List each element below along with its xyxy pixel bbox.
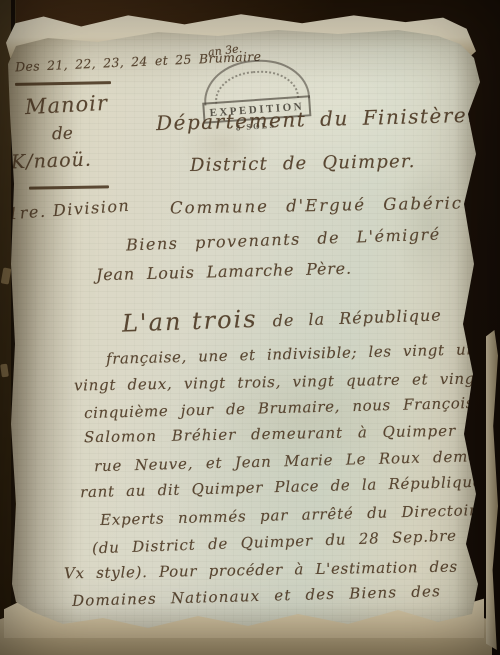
manuscript-page: Des 21, 22, 23, 24 et 25 Brumaire an 3e.… <box>8 24 480 634</box>
subject-line-2: Jean Louis Lamarche Père. <box>96 259 352 285</box>
body-line: rue Neuve, et Jean Marie Le Roux demeu- <box>94 447 495 475</box>
margin-manor-line3: K/naoü. <box>11 149 93 174</box>
margin-underline <box>29 185 109 189</box>
body-line: rant au dit Quimper Place de la Républiq… <box>80 473 483 502</box>
manuscript-photo: Des 21, 22, 23, 24 et 25 Brumaire an 3e.… <box>0 0 500 655</box>
body-opening-rest: de la République <box>272 305 442 330</box>
margin-manor-line2: de <box>52 124 74 145</box>
body-line: Experts nommés par arrêté du Directoire <box>100 501 487 529</box>
body-line: cinquième jour de Brumaire, nous Françoi… <box>84 394 474 422</box>
body-line: Vx style). Pour procéder à L'estimation … <box>64 558 458 583</box>
heading-district: District de Quimper. <box>190 151 416 176</box>
body-line: (du District de Quimper du 28 Sep.bre 17… <box>92 525 500 558</box>
heading-commune: Commune d'Ergué Gabéric <box>170 193 463 217</box>
body-opening-line: L'an trois de la République <box>122 298 442 337</box>
body-line: Salomon Bréhier demeurant à Quimper <box>84 422 456 446</box>
body-line: vingt deux, vingt trois, vingt quatre et… <box>74 369 482 394</box>
under-page-sliver-right <box>486 330 498 650</box>
margin-manor-line1: Manoir <box>24 91 108 119</box>
body-opening-large: L'an trois <box>122 305 258 338</box>
subject-line-1: Biens provenants de L'émigré <box>126 225 441 255</box>
margin-division: 1re. Division <box>7 196 130 223</box>
body-line: Domaines Nationaux et des Biens des <box>72 582 441 610</box>
body-line: française, une et indivisible; les vingt… <box>106 340 482 368</box>
docket-underline <box>15 81 111 85</box>
